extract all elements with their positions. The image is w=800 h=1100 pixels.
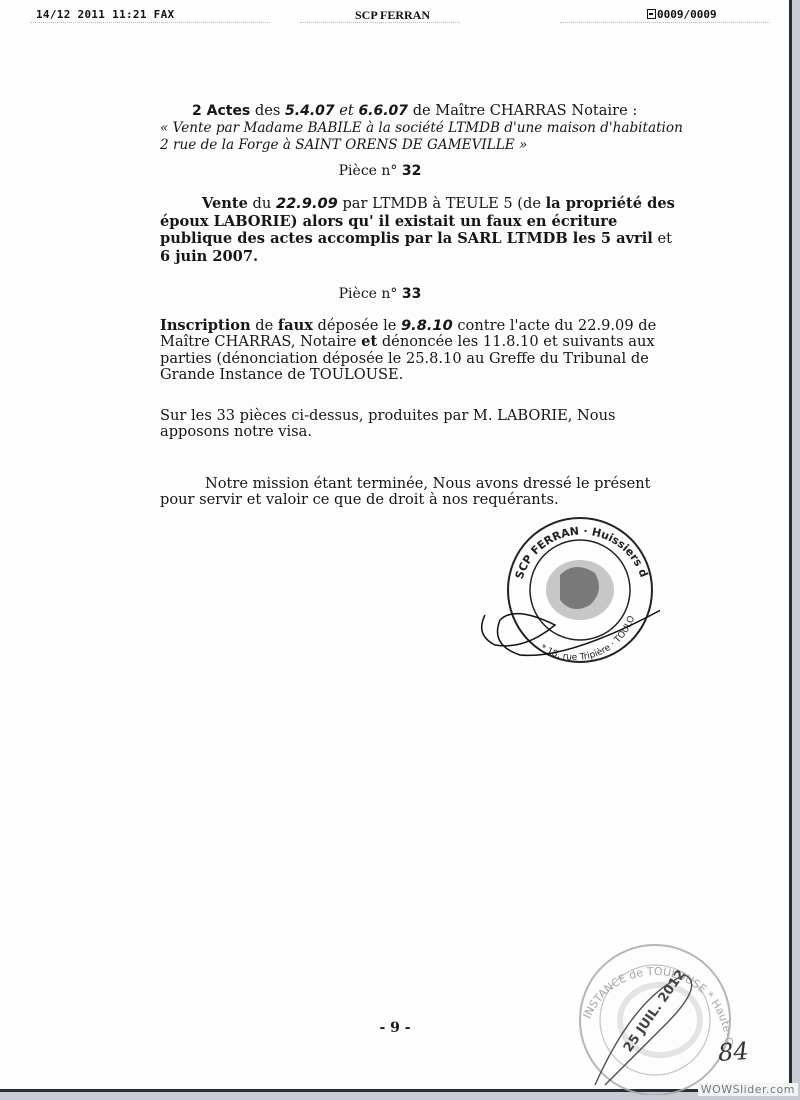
actes-date1: 5.4.07 <box>285 103 335 119</box>
piece-prefix: Pièce n° <box>339 163 398 179</box>
actes-des: des <box>255 102 280 119</box>
document-icon <box>647 9 656 19</box>
vente-date: 22.9.09 <box>276 195 338 212</box>
piece-prefix: Pièce n° <box>339 286 398 302</box>
piece-32-paragraph: Vente du 22.9.09 par LTMDB à TEULE 5 (de… <box>160 195 680 265</box>
mission-paragraph: Notre mission étant terminée, Nous avons… <box>160 476 680 509</box>
text: et <box>653 230 672 247</box>
fax-page-counter: 0009/0009 <box>647 8 717 21</box>
piece-number: 32 <box>402 163 421 179</box>
watermark: WOWSlider.com <box>698 1083 798 1096</box>
mission-text: Notre mission étant terminée, Nous avons… <box>160 475 651 508</box>
fax-noise-line <box>300 22 460 24</box>
handwritten-number: 84 <box>717 1037 749 1067</box>
huissier-stamp: SCP FERRAN · Huissiers de Justice * 18, … <box>480 505 660 670</box>
bold-text: 6 juin 2007. <box>160 248 258 265</box>
actes-date2: 6.6.07 <box>358 103 408 119</box>
actes-et: et <box>339 102 354 119</box>
tribunal-stamp: INSTANCE de TOULOUSE * Haute-Garonne 25 … <box>565 935 740 1095</box>
piece-number: 33 <box>402 286 421 302</box>
text: du <box>248 195 276 212</box>
fax-noise-line <box>560 22 770 24</box>
piece-33-title: Pièce n° 33 <box>160 286 600 302</box>
actes-label: 2 Actes <box>192 103 250 119</box>
fax-datetime: 14/12 2011 11:21 FAX <box>36 8 174 21</box>
piece-33-paragraph: Inscription de faux déposée le 9.8.10 co… <box>160 318 680 384</box>
bold-text: et <box>361 333 377 350</box>
actes-quote-line1: « Vente par Madame BABILE à la société L… <box>160 120 720 136</box>
piece-32-title: Pièce n° 32 <box>160 163 600 179</box>
actes-rest: de Maître CHARRAS Notaire : <box>413 102 638 119</box>
fax-noise-line <box>30 22 270 24</box>
visa-paragraph: Sur les 33 pièces ci-dessus, produites p… <box>160 408 680 441</box>
actes-quote-line2: 2 rue de la Forge à SAINT ORENS DE GAMEV… <box>160 137 720 153</box>
text: par LTMDB à TEULE 5 (de <box>338 195 546 212</box>
document-page: 14/12 2011 11:21 FAX SCP FERRAN 0009/000… <box>0 0 792 1092</box>
actes-heading: 2 Actes des 5.4.07 et 6.6.07 de Maître C… <box>192 103 637 119</box>
faux-label: faux <box>278 317 313 334</box>
vente-label: Vente <box>202 195 248 212</box>
text: de <box>251 317 278 334</box>
inscription-label: Inscription <box>160 317 251 334</box>
inscription-date: 9.8.10 <box>401 317 453 334</box>
fax-sender: SCP FERRAN <box>355 8 430 23</box>
page-counter-text: 0009/0009 <box>657 8 717 21</box>
text: déposée le <box>313 317 401 334</box>
